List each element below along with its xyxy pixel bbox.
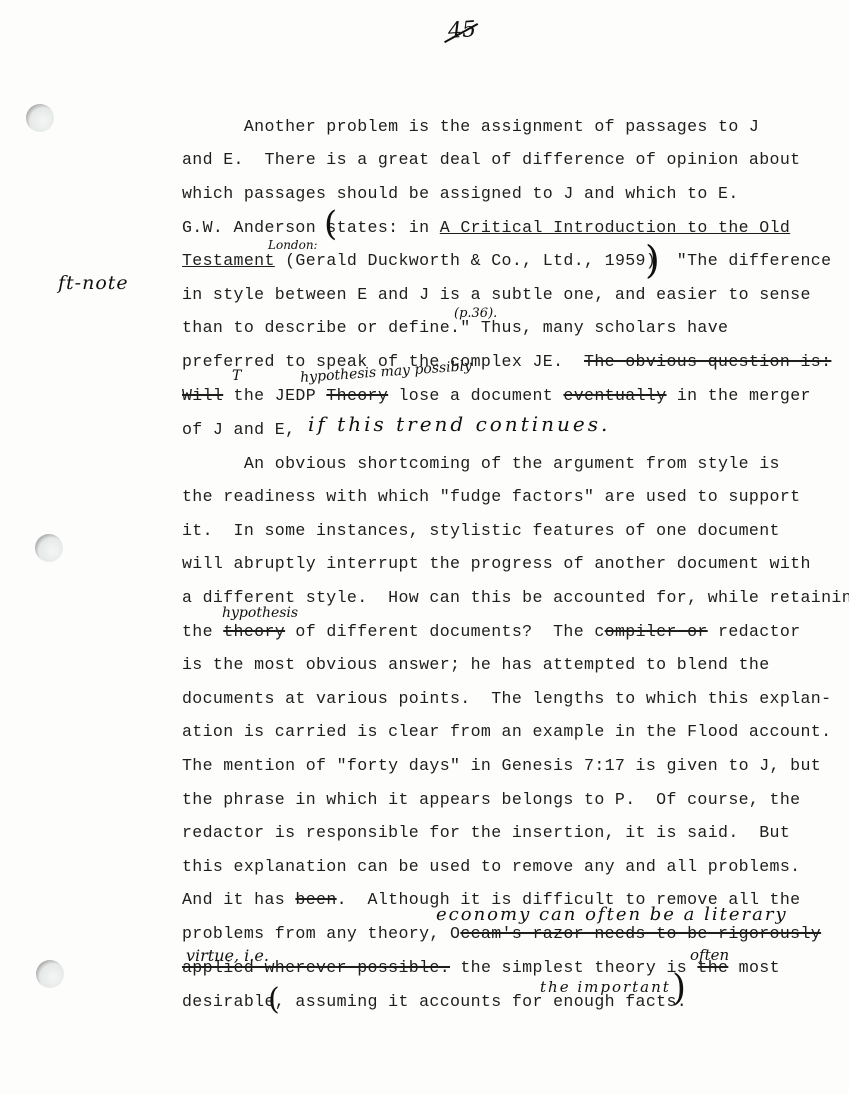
text-line: Testament (Gerald Duckworth & Co., Ltd.,… — [182, 251, 831, 271]
text-line: will abruptly interrupt the progress of … — [182, 554, 811, 574]
text-line: which passages should be assigned to J a… — [182, 184, 739, 204]
text-line: ation is carried is clear from an exampl… — [182, 722, 831, 742]
binder-hole-bottom — [36, 960, 64, 988]
handwritten-the-important: the important — [540, 978, 671, 996]
text-line: and E. There is a great deal of differen… — [182, 150, 800, 170]
text-line: redactor is responsible for the insertio… — [182, 823, 790, 843]
book-title: Testament — [182, 251, 275, 270]
text-line: the readiness with which "fudge factors"… — [182, 487, 800, 507]
text-line: than to describe or define." Thus, many … — [182, 318, 728, 338]
text-line: An obvious shortcoming of the argument f… — [182, 454, 780, 474]
text-line: the theory of different documents? The c… — [182, 622, 801, 642]
text-line: this explanation can be used to remove a… — [182, 857, 800, 877]
text-line: in style between E and J is a subtle one… — [182, 285, 811, 305]
handwritten-page-ref: (p.36). — [454, 306, 497, 321]
text-line: Another problem is the assignment of pas… — [182, 117, 759, 137]
handwritten-capital-t: T — [232, 368, 241, 384]
text-line: Will the JEDP Theory lose a document eve… — [182, 386, 811, 406]
margin-note: ft-note — [58, 272, 129, 294]
text-line: it. In some instances, stylistic feature… — [182, 521, 780, 541]
text-line: preferred to speak of the complex JE. Th… — [182, 352, 831, 372]
handwritten-bracket-left: ( — [324, 204, 337, 244]
binder-hole-middle — [35, 534, 63, 562]
text-line: The mention of "forty days" in Genesis 7… — [182, 756, 821, 776]
text-line: G.W. Anderson states: in A Critical Intr… — [182, 218, 790, 238]
handwritten-bracket-desirable: ( — [268, 982, 280, 1017]
book-title: A Critical Introduction to the Old — [440, 218, 790, 237]
handwritten-hypothesis: hypothesis — [222, 605, 298, 621]
struck-text: The obvious question is: — [584, 352, 831, 371]
handwritten-bracket-facts: ) — [672, 968, 686, 1009]
page-number: 45 — [447, 17, 477, 44]
handwritten-virtue: virtue, i.e. — [186, 946, 269, 965]
text-line: is the most obvious answer; he has attem… — [182, 655, 770, 675]
handwritten-if-this-trend: if this trend continues. — [308, 412, 610, 436]
handwritten-economy: economy can often be a literary — [436, 904, 788, 925]
handwritten-london: London: — [268, 238, 318, 252]
text-line: documents at various points. The lengths… — [182, 689, 831, 709]
handwritten-bracket-right: ) — [645, 238, 660, 282]
text-line: of J and E, — [182, 420, 295, 440]
text-line: the phrase in which it appears belongs t… — [182, 790, 800, 810]
handwritten-often: often — [690, 946, 729, 964]
text-line: problems from any theory, Occam's razor … — [182, 924, 821, 944]
binder-hole-top — [26, 104, 54, 132]
